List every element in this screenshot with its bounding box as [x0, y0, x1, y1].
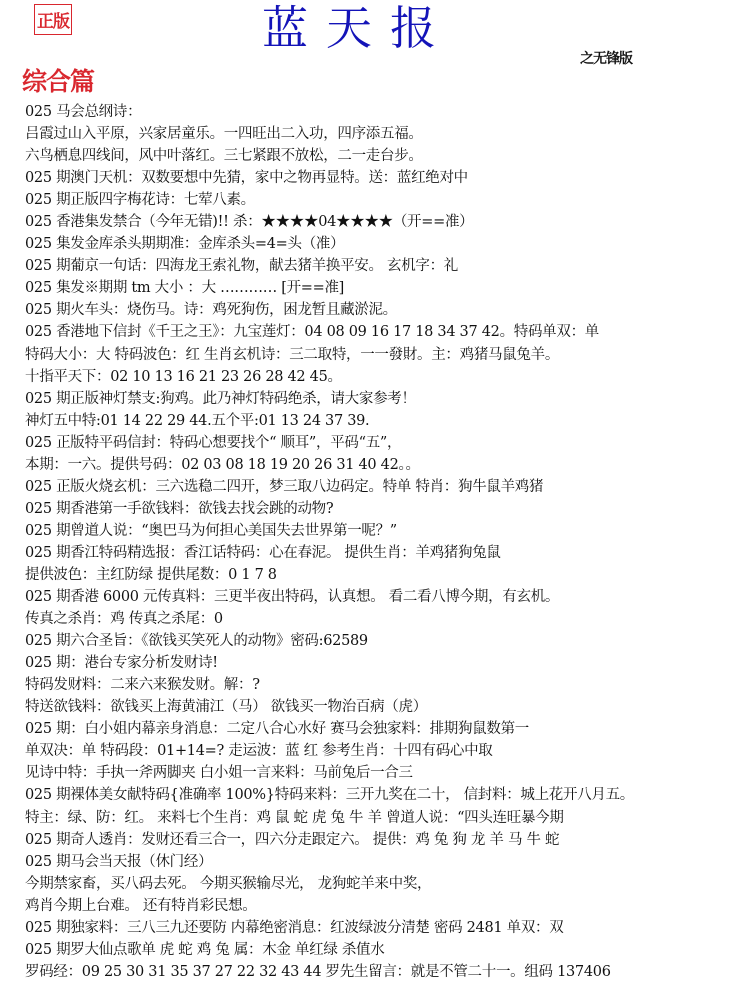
text-line: 025 香港地下信封《千王之王》：九宝莲灯：04 08 09 16 17 18 … — [25, 321, 745, 343]
text-line: 025 香港集发禁合（今年无错)!! 杀：★★★★04★★★★（开==准） — [25, 211, 745, 233]
newspaper-title: 蓝天报 — [262, 2, 454, 54]
text-line: 025 期香港第一手欲钱料：欲钱去找会跳的动物? — [25, 498, 745, 520]
text-line: 025 期曾道人说：“奥巴马为何担心美国失去世界第一呢？” — [25, 520, 745, 542]
text-line: 025 期：白小姐内幕亲身消息：二定八合心水好 赛马会独家料：排期狗鼠数第一 — [25, 718, 745, 740]
text-line: 特主：绿、防：红。 来料七个生肖：鸡 鼠 蛇 虎 兔 牛 羊 曾道人说：“四头连… — [25, 807, 745, 829]
text-line: 025 集发金库杀头期期准：金库杀头=4=头（准） — [25, 233, 745, 255]
text-line: 025 期正版四字梅花诗：七荤八素。 — [25, 189, 745, 211]
text-line: 025 期裸体美女献特码{准确率 100%}特码来料：三开九奖在二十， 信封料：… — [25, 784, 745, 806]
text-line: 025 期罗大仙点歌单 虎 蛇 鸡 兔 属：木金 单红绿 杀值水 — [25, 939, 745, 961]
edition-label: 之无锋版 — [580, 48, 632, 68]
text-line: 025 期香港 6000 元传真料：三更半夜出特码，认真想。 看二看八博今期，有… — [25, 586, 745, 608]
text-line: 025 期葡京一句话：四海龙王索礼物，献去猪羊换平安。 玄机字：礼 — [25, 255, 745, 277]
text-line: 025 期香江特码精选报：香江话特码：心在春泥。 提供生肖：羊鸡猪狗兔鼠 — [25, 542, 745, 564]
article-body: 025 马会总纲诗： 吕霞过山入平原，兴家居童乐。一四旺出二入功，四序添五福。 … — [25, 101, 745, 983]
text-line: 见诗中特：手执一斧两脚夹 白小姐一言来料：马前兔后一合三 — [25, 762, 745, 784]
text-line: 今期禁家畜，买八码去死。 今期买猴输尽光， 龙狗蛇羊来中奖， — [25, 873, 745, 895]
text-line: 025 期马会当天报（休门经） — [25, 851, 745, 873]
text-line: 六鸟栖息四线间，风中叶落红。三七紧跟不放松，二一走台步。 — [25, 145, 745, 167]
text-line: 025 期独家料：三八三九还要防 内幕绝密消息：红波绿波分清楚 密码 2481 … — [25, 917, 745, 939]
text-line: 吕霞过山入平原，兴家居童乐。一四旺出二入功，四序添五福。 — [25, 123, 745, 145]
text-line: 025 正版火烧玄机：三六选稳二四开，梦三取八边码定。特单 特肖：狗牛鼠羊鸡猪 — [25, 476, 745, 498]
text-line: 单双决：单 特码段：01+14=? 走运波：蓝 红 参考生肖：十四有码心中取 — [25, 740, 745, 762]
text-line: 025 期正版神灯禁支:狗鸡。此乃神灯特码绝杀，请大家参考！ — [25, 388, 745, 410]
text-line: 十指平天下：02 10 13 16 21 23 26 28 42 45。 — [25, 366, 745, 388]
text-line: 025 集发※期期 tm 大小 ：大 ………… [开==准] — [25, 277, 745, 299]
authentic-stamp: 正版 — [34, 4, 72, 35]
text-line: 025 马会总纲诗： — [25, 101, 745, 123]
text-line: 罗码经：09 25 30 31 35 37 27 22 32 43 44 罗先生… — [25, 961, 745, 983]
text-line: 025 正版特平码信封：特码心想要找个“ 顺耳”，平码“五”， — [25, 432, 745, 454]
text-line: 提供波色：主红防绿 提供尾数：0 1 7 8 — [25, 564, 745, 586]
text-line: 神灯五中特:01 14 22 29 44.五个平:01 13 24 37 39. — [25, 410, 745, 432]
text-line: 鸡肖今期上台难。 还有特肖彩民想。 — [25, 895, 745, 917]
text-line: 特码大小：大 特码波色：红 生肖玄机诗：三二取特，一一發財。主：鸡猪马鼠兔羊。 — [25, 344, 745, 366]
text-line: 025 期火车头：烧伤马。诗：鸡死狗伤，困龙暂且藏淤泥。 — [25, 299, 745, 321]
text-line: 025 期：港台专家分析发财诗! — [25, 652, 745, 674]
text-line: 本期：一六。提供号码：02 03 08 18 19 20 26 31 40 42… — [25, 454, 745, 476]
text-line: 特送欲钱料：欲钱买上海黄浦江（马） 欲钱买一物治百病（虎） — [25, 696, 745, 718]
text-line: 025 期奇人透肖：发财还看三合一，四六分走跟定六。 提供：鸡 兔 狗 龙 羊 … — [25, 829, 745, 851]
text-line: 025 期澳门天机：双数要想中先猜，家中之物再显特。送：蓝红绝对中 — [25, 167, 745, 189]
text-line: 025 期六合圣旨：《欲钱买笑死人的动物》密码:62589 — [25, 630, 745, 652]
section-title: 综合篇 — [22, 62, 94, 98]
text-line: 传真之杀肖：鸡 传真之杀尾：0 — [25, 608, 745, 630]
text-line: 特码发财料：二来六来猴发财。解：? — [25, 674, 745, 696]
